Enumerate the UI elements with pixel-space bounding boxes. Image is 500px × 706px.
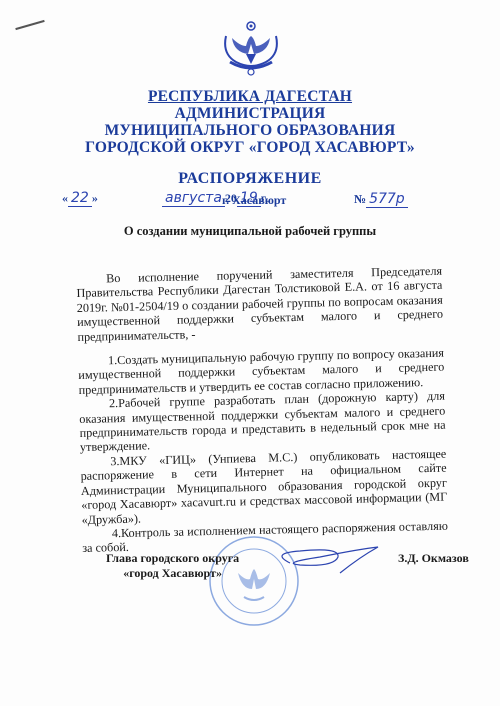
- item-2: 2.Рабочей группе разработать план (дорож…: [79, 389, 446, 455]
- scan-mark: [15, 20, 44, 30]
- date-day: «22»: [62, 190, 98, 207]
- position-line-2: «город Хасавюрт»: [106, 566, 239, 581]
- item-3: 3.МКУ «ГИЦ» (Унпиева М.С.) опубликовать …: [80, 447, 448, 527]
- signatory-name: З.Д. Окмазов: [398, 551, 469, 566]
- signatory-position: Глава городского округа «город Хасавюрт»: [106, 551, 239, 581]
- position-line-1: Глава городского округа: [106, 551, 239, 566]
- document-type: РАСПОРЯЖЕНИЕ: [0, 170, 500, 188]
- header-republic: РЕСПУБЛИКА ДАГЕСТАН: [0, 88, 500, 105]
- header-municipal: МУНИЦИПАЛЬНОГО ОБРАЗОВАНИЯ: [0, 122, 500, 139]
- header-administration: АДМИНИСТРАЦИЯ: [0, 105, 500, 122]
- city-name: г. Хасавюрт: [222, 193, 286, 208]
- header-city-district: ГОРОДСКОЙ ОКРУГ «ГОРОД ХАСАВЮРТ»: [0, 139, 500, 156]
- order-number: №577р: [354, 191, 408, 208]
- document-header: РЕСПУБЛИКА ДАГЕСТАН АДМИНИСТРАЦИЯ МУНИЦИ…: [0, 88, 500, 156]
- signature-icon: [260, 543, 380, 583]
- document-subject: О создании муниципальной рабочей группы: [0, 224, 500, 239]
- coat-of-arms-icon: [218, 18, 284, 78]
- preamble: Во исполнение поручений заместителя Пред…: [76, 264, 444, 344]
- date-line: «22» августа2019г. г. Хасавюрт №577р: [62, 190, 442, 212]
- document-body: Во исполнение поручений заместителя Пред…: [76, 264, 448, 556]
